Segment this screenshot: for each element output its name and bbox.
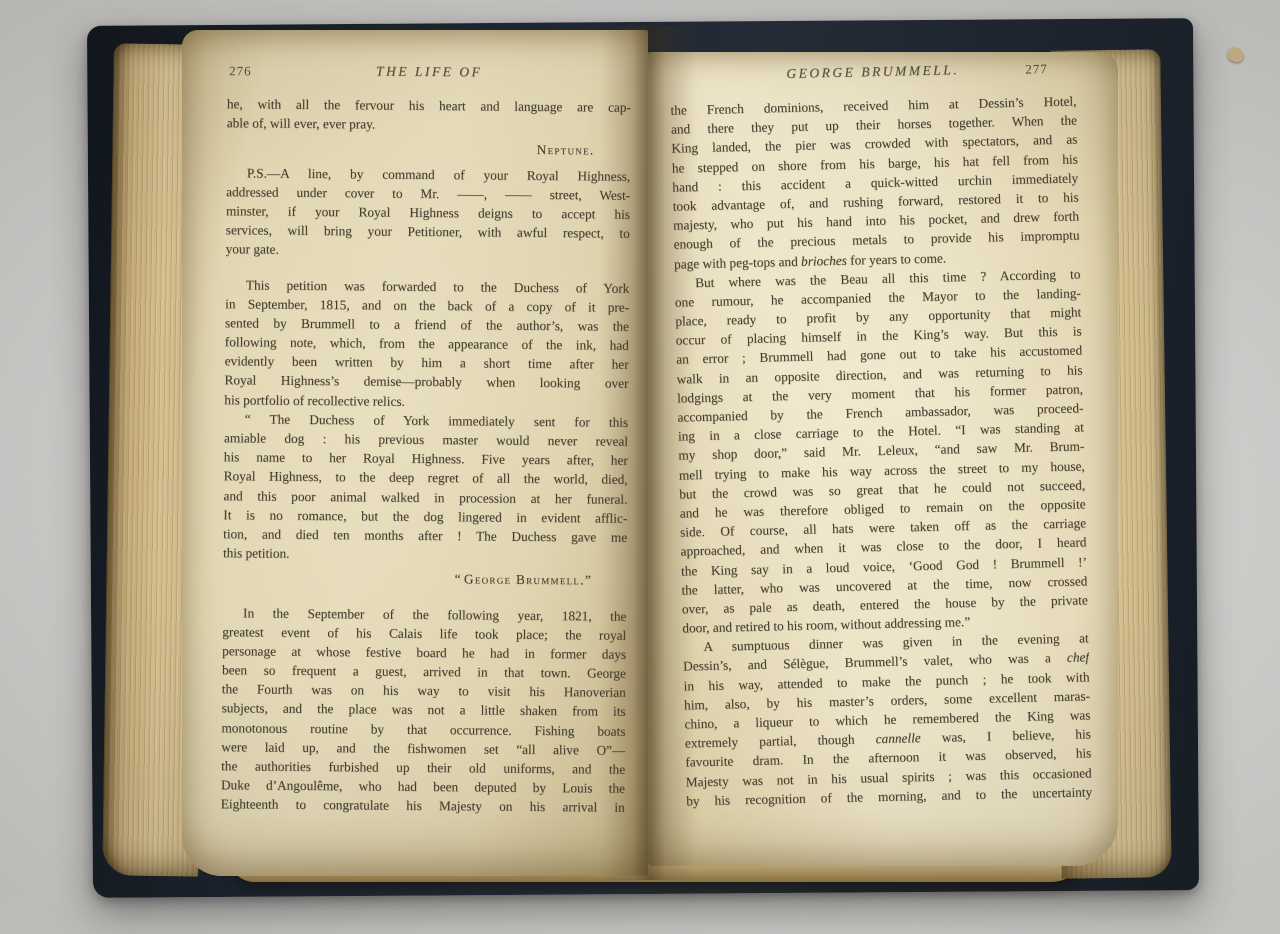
page-number-right: 277 <box>1025 61 1048 78</box>
paragraph: the French dominions, received him at De… <box>670 91 1080 273</box>
running-head-left: THE LIFE OF <box>227 62 631 82</box>
right-page-content: GEORGE BRUMMELL. 277 the French dominion… <box>670 59 1093 810</box>
text-line: Eighteenth to congratulate his Majesty o… <box>221 795 625 818</box>
right-page-text: the French dominions, received him at De… <box>670 91 1092 810</box>
text-line: this petition. <box>223 543 627 566</box>
paragraph: he, with all the fervour his heart and l… <box>227 94 631 136</box>
cover-corner-wear <box>1227 46 1246 63</box>
paragraph: “ The Duchess of York immediately sent f… <box>223 409 628 566</box>
book-photo: 276 THE LIFE OF he, with all the fervour… <box>0 0 1280 934</box>
signature-line: Neptune. <box>226 138 630 161</box>
paragraph: This petition was forwarded to the Duche… <box>224 275 629 413</box>
paragraph: In the September of the following year, … <box>221 603 627 818</box>
text-line: “ George Brummell.” <box>223 568 627 591</box>
paragraph: But where was the Beau all this time ? A… <box>674 264 1088 638</box>
left-page-text: he, with all the fervour his heart and l… <box>221 94 631 817</box>
left-running-row: 276 THE LIFE OF <box>227 62 631 90</box>
paragraph: A sumptuous dinner was given in the even… <box>683 629 1093 811</box>
right-page: GEORGE BRUMMELL. 277 the French dominion… <box>648 52 1118 866</box>
left-page-content: 276 THE LIFE OF he, with all the fervour… <box>221 62 632 817</box>
left-page: 276 THE LIFE OF he, with all the fervour… <box>182 30 648 876</box>
running-head-right: GEORGE BRUMMELL. <box>670 59 1076 84</box>
text-line: able of, will ever, ever pray. <box>227 113 631 136</box>
signature-line: “ George Brummell.” <box>223 568 627 591</box>
paragraph: P.S.—A line, by command of your Royal Hi… <box>226 163 631 262</box>
right-running-row: GEORGE BRUMMELL. 277 <box>670 59 1076 92</box>
text-line: your gate. <box>226 240 630 263</box>
text-line: services, will bring your Petitioner, wi… <box>226 220 630 243</box>
text-line: Neptune. <box>226 138 630 161</box>
